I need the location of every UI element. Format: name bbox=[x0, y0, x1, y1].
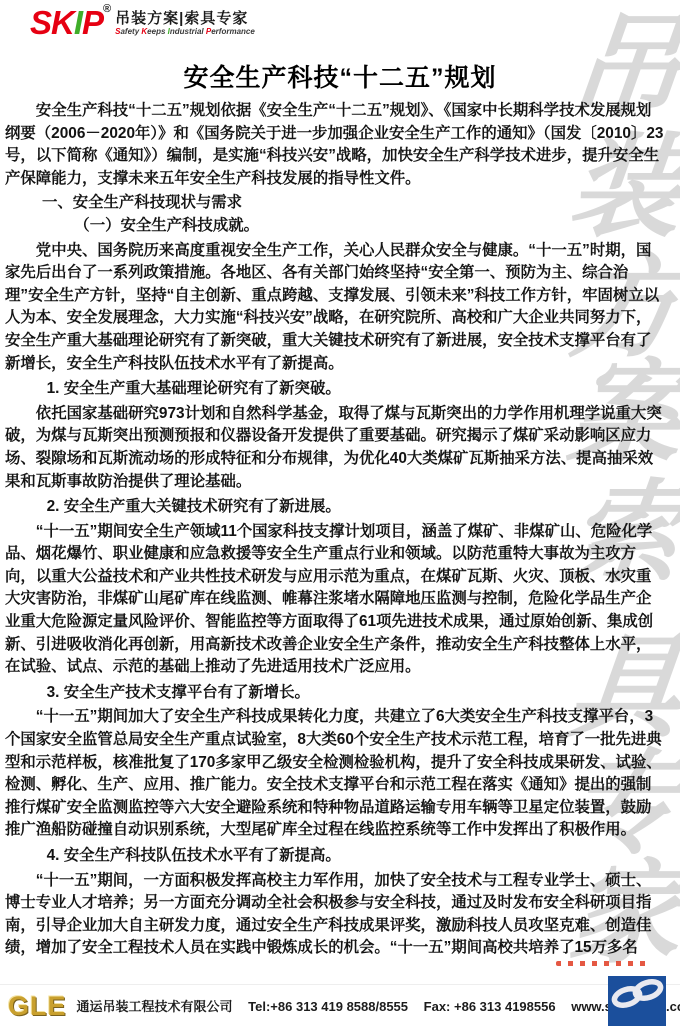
tagline-en-segment: afety bbox=[120, 27, 141, 36]
paragraph: “十一五”期间加大了安全生产科技成果转化力度，共建立了6大类安全生产科技支撑平台… bbox=[5, 706, 664, 842]
section-heading: 一、安全生产科技现状与需求 bbox=[5, 192, 664, 215]
logo-taglines: 吊装方案|索具专家 Safety Keeps Industrial Perfor… bbox=[115, 5, 255, 37]
paragraph: 依托国家基础研究973计划和自然科学基金，取得了煤与瓦斯突出的力学作用机理学说重… bbox=[5, 403, 664, 493]
skip-logo-word: SKIP bbox=[30, 4, 103, 41]
skip-letter: SK bbox=[30, 4, 74, 41]
document-body: 安全生产科技“十二五”规划依据《安全生产“十二五”规划》、《国家中长期科学技术发… bbox=[5, 100, 664, 960]
fax: Fax: +86 313 4198556 bbox=[424, 999, 556, 1014]
page-title: 安全生产科技“十二五”规划 bbox=[0, 58, 680, 94]
tagline-en-segment: erformance bbox=[211, 27, 255, 36]
company-name: 通运吊装工程技术有限公司 bbox=[77, 999, 233, 1014]
footer-contact-line: 通运吊装工程技术有限公司 Tel:+86 313 419 8588/8555 F… bbox=[77, 996, 680, 1015]
red-dotted-marks bbox=[556, 961, 648, 966]
tagline-en-segment: eeps bbox=[147, 27, 167, 36]
gle-logo: GLE bbox=[8, 991, 67, 1021]
paragraph: “十一五”期间安全生产领域11个国家科技支撑计划项目，涵盖了煤矿、非煤矿山、危险… bbox=[5, 521, 664, 679]
chain-links-icon bbox=[608, 976, 666, 1026]
paragraph: “十一五”期间，一方面积极发挥高校主力军作用，加快了安全技术与工程专业学士、硕士… bbox=[5, 870, 664, 960]
section-heading: 2. 安全生产重大关键技术研究有了新进展。 bbox=[5, 496, 664, 519]
paragraph: 党中央、国务院历来高度重视安全生产工作，关心人民群众安全与健康。“十一五”时期，… bbox=[5, 240, 664, 376]
telephone: Tel:+86 313 419 8588/8555 bbox=[248, 999, 408, 1014]
leea-logo bbox=[608, 976, 666, 1026]
registered-trademark-icon: ® bbox=[103, 3, 111, 15]
tagline-en-segment: ndustrial bbox=[170, 27, 206, 36]
section-heading: 1. 安全生产重大基础理论研究有了新突破。 bbox=[5, 378, 664, 401]
tagline-english: Safety Keeps Industrial Performance bbox=[115, 27, 255, 37]
section-heading: 3. 安全生产技术支撑平台有了新增长。 bbox=[5, 682, 664, 705]
tagline-chinese: 吊装方案|索具专家 bbox=[115, 10, 255, 27]
section-heading: （一）安全生产科技成就。 bbox=[5, 215, 664, 238]
footer: GLE 通运吊装工程技术有限公司 Tel:+86 313 419 8588/85… bbox=[0, 984, 680, 1026]
section-heading: 4. 安全生产科技队伍技术水平有了新提高。 bbox=[5, 845, 664, 868]
header: SKIP® 吊装方案|索具专家 Safety Keeps Industrial … bbox=[0, 0, 680, 50]
skip-letter: I bbox=[74, 4, 82, 41]
paragraph: 安全生产科技“十二五”规划依据《安全生产“十二五”规划》、《国家中长期科学技术发… bbox=[5, 100, 664, 190]
skip-logo: SKIP® bbox=[30, 5, 111, 41]
skip-letter: P bbox=[82, 4, 103, 41]
